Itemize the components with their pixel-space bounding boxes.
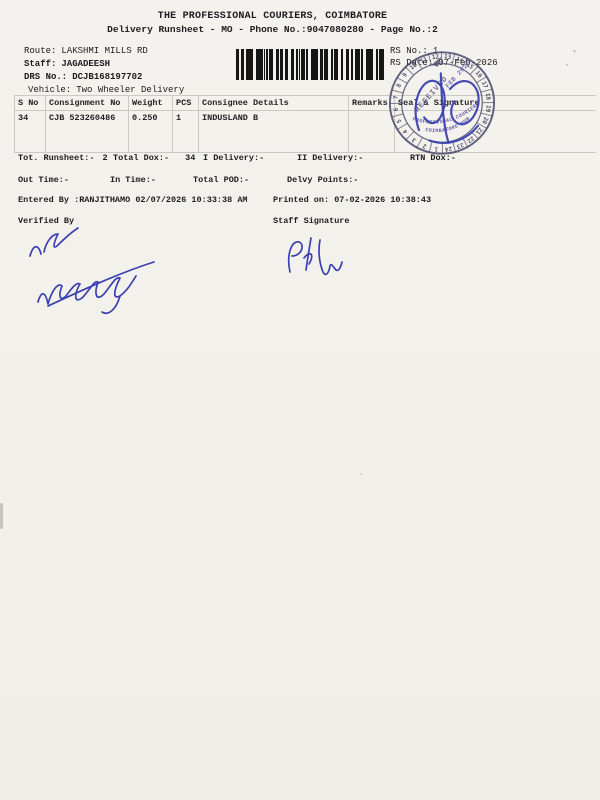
svg-text:20: 20 (480, 116, 488, 125)
scan-edge-streak (0, 503, 3, 529)
delvy-points: Delvy Points:- (287, 175, 366, 185)
svg-text:11: 11 (420, 57, 429, 65)
scan-speck (573, 49, 577, 52)
svg-text:24: 24 (444, 145, 452, 152)
svg-text:2: 2 (422, 142, 428, 149)
tot-runsheet: Tot. Runsheet:-2 (18, 153, 108, 163)
svg-text:8: 8 (396, 83, 403, 89)
signature-staff (282, 234, 352, 282)
tot-runsheet-value: 2 (103, 153, 108, 163)
i-delivery: I Delivery:- (203, 153, 272, 163)
col-pcs: PCS (173, 96, 199, 111)
printed-on-line: Printed on: 07-02-2026 10:38:43 (273, 195, 431, 205)
company-title: THE PROFESSIONAL COURIERS, COIMBATORE (0, 11, 545, 22)
route-line: Route:LAKSHMI MILLS RD (24, 46, 148, 56)
table-row: 34 CJB 523260486 0.250 1 INDUSLAND B (15, 111, 597, 153)
signature-verified-by (24, 224, 174, 320)
svg-text:9: 9 (402, 72, 409, 79)
cell-consignment: CJB 523260486 (46, 111, 129, 153)
col-weight: Weight (129, 96, 173, 111)
staff-signature-label: Staff Signature (273, 216, 350, 226)
svg-text:19: 19 (484, 105, 491, 113)
consignment-table: S No Consignment No Weight PCS Consignee… (14, 95, 596, 153)
svg-text:1: 1 (434, 145, 439, 151)
total-pod: Total POD:- (193, 175, 257, 185)
scanned-runsheet-page: THE PROFESSIONAL COURIERS, COIMBATORE De… (0, 0, 600, 800)
cell-weight: 0.250 (129, 111, 173, 153)
col-consignment: Consignment No (46, 96, 129, 111)
table-header-row: S No Consignment No Weight PCS Consignee… (15, 96, 597, 111)
svg-text:3: 3 (411, 136, 418, 143)
in-time: In Time:- (110, 175, 164, 185)
total-dox-value: 34 (185, 153, 195, 163)
svg-text:7: 7 (393, 95, 399, 100)
vehicle-value: Two Wheeler Delivery (76, 85, 184, 95)
runsheet-subtitle: Delivery Runsheet - MO - Phone No.:90470… (0, 24, 545, 35)
svg-text:23: 23 (455, 141, 464, 149)
route-value: LAKSHMI MILLS RD (61, 46, 147, 56)
runsheet-barcode (236, 49, 385, 80)
svg-text:6: 6 (393, 107, 399, 112)
vehicle-label: Vehicle: (28, 85, 71, 95)
ii-delivery: II Delivery:- (297, 153, 371, 163)
cell-consignee: INDUSLAND B (199, 111, 349, 153)
svg-text:4: 4 (402, 128, 409, 135)
svg-text:16: 16 (473, 70, 482, 80)
col-consignee: Consignee Details (199, 96, 349, 111)
scan-speck (566, 64, 568, 66)
drs-line: DRS No.:DCJB168197702 (24, 72, 142, 82)
cell-sno: 34 (15, 111, 46, 153)
route-label: Route: (24, 46, 56, 56)
entered-by-line: Entered By :RANJITHAMO 02/07/2026 10:33:… (18, 195, 248, 205)
svg-text:17: 17 (480, 81, 488, 90)
cell-pcs: 1 (173, 111, 199, 153)
col-sno: S No (15, 96, 46, 111)
out-time: Out Time:- (18, 175, 77, 185)
svg-text:13: 13 (444, 54, 452, 61)
vehicle-line: Vehicle:Two Wheeler Delivery (28, 85, 184, 95)
staff-label: Staff: (24, 59, 56, 69)
total-dox: Total Dox:-34 (113, 153, 195, 163)
staff-value: JAGADEESH (61, 59, 110, 69)
drs-value: DCJB168197702 (72, 72, 142, 82)
svg-text:5: 5 (396, 118, 403, 124)
staff-line: Staff:JAGADEESH (24, 59, 110, 69)
drs-label: DRS No.: (24, 72, 67, 82)
scan-speck (360, 473, 362, 475)
svg-text:18: 18 (484, 93, 491, 101)
received-stamp: 123456789101112131415161718192021222324 … (375, 36, 508, 169)
